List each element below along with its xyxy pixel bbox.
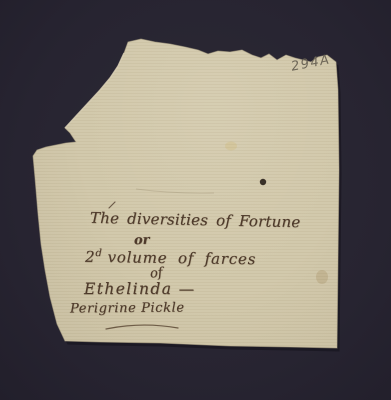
ink-blot bbox=[260, 179, 266, 185]
torn-paper-fragment bbox=[0, 0, 391, 400]
photo-of-manuscript-fragment: 294A The diversities of Fortune or 2dvol… bbox=[0, 0, 391, 400]
paper-shape bbox=[33, 39, 339, 348]
stain-yellow bbox=[225, 142, 237, 151]
stain-brown bbox=[316, 270, 328, 284]
